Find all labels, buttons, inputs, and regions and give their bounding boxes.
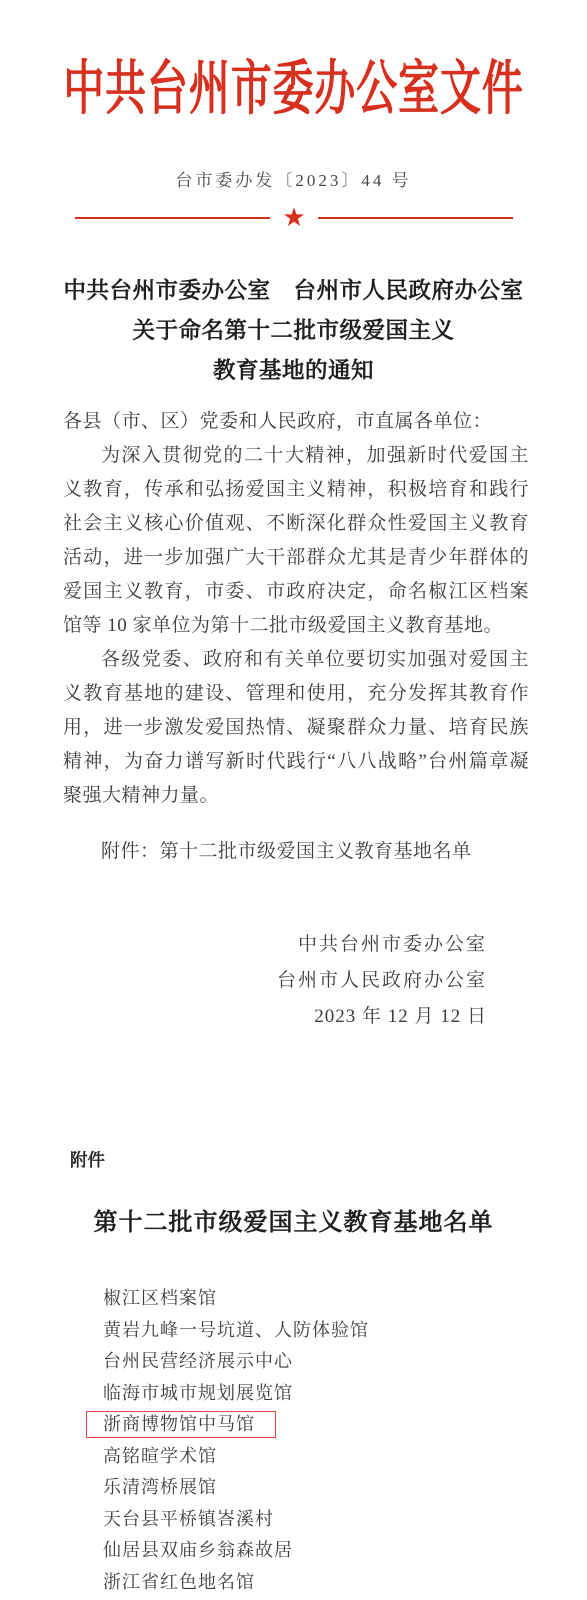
base-name: 黄岩九峰一号坑道、人防体验馆: [103, 1315, 369, 1347]
appendix-label: 附件: [70, 1147, 587, 1172]
base-name: 天台县平桥镇峇溪村: [103, 1504, 274, 1536]
signature-date: 2023 年 12 月 12 日: [0, 999, 487, 1035]
list-item: 浙江省红色地名馆: [103, 1567, 587, 1599]
base-name: 临海市城市规划展览馆: [103, 1378, 293, 1410]
document-number: 台市委办发〔2023〕44 号: [0, 166, 587, 191]
list-item: 乐清湾桥展馆: [103, 1472, 587, 1504]
document-page: 中共台州市委办公室文件 台市委办发〔2023〕44 号 ★ 中共台州市委办公室 …: [0, 0, 587, 1600]
list-item: 仙居县双庙乡翁森故居: [103, 1535, 587, 1567]
list-item: 浙商博物馆中马馆: [103, 1409, 587, 1441]
base-name: 椒江区档案馆: [103, 1283, 217, 1315]
document-title-line1: 中共台州市委办公室 台州市人民政府办公室: [0, 271, 587, 311]
list-item: 黄岩九峰一号坑道、人防体验馆: [103, 1315, 587, 1347]
base-name: 乐清湾桥展馆: [103, 1472, 217, 1504]
appendix-list: 椒江区档案馆黄岩九峰一号坑道、人防体验馆台州民营经济展示中心临海市城市规划展览馆…: [103, 1283, 587, 1598]
signature-org-1: 中共台州市委办公室: [0, 927, 487, 963]
red-divider-rule: ★: [75, 205, 513, 231]
rule-left-segment: [75, 217, 270, 220]
list-item: 天台县平桥镇峇溪村: [103, 1504, 587, 1536]
attachment-note: 附件：第十二批市级爱国主义教育基地名单: [63, 835, 529, 869]
rule-right-segment: [318, 217, 513, 220]
appendix-title: 第十二批市级爱国主义教育基地名单: [0, 1202, 587, 1237]
base-name: 台州民营经济展示中心: [103, 1346, 293, 1378]
signature-block: 中共台州市委办公室 台州市人民政府办公室 2023 年 12 月 12 日: [0, 927, 587, 1035]
signature-org-2: 台州市人民政府办公室: [0, 963, 487, 999]
document-title-line2: 关于命名第十二批市级爱国主义: [0, 311, 587, 351]
list-item: 高铭暄学术馆: [103, 1441, 587, 1473]
base-name: 浙江省红色地名馆: [103, 1567, 255, 1599]
document-title-line3: 教育基地的通知: [0, 351, 587, 391]
document-body: 各县（市、区）党委和人民政府，市直属各单位： 为深入贯彻党的二十大精神，加强新时…: [63, 405, 529, 813]
base-name: 高铭暄学术馆: [103, 1441, 217, 1473]
document-title: 中共台州市委办公室 台州市人民政府办公室 关于命名第十二批市级爱国主义 教育基地…: [0, 271, 587, 391]
list-item: 临海市城市规划展览馆: [103, 1378, 587, 1410]
base-name: 仙居县双庙乡翁森故居: [103, 1535, 293, 1567]
base-name-highlighted: 浙商博物馆中马馆: [86, 1411, 276, 1438]
list-item: 椒江区档案馆: [103, 1283, 587, 1315]
document-header-title: 中共台州市委办公室文件: [21, 40, 567, 126]
body-paragraph-1: 为深入贯彻党的二十大精神，加强新时代爱国主义教育，传承和弘扬爱国主义精神，积极培…: [63, 439, 529, 643]
list-item: 台州民营经济展示中心: [103, 1346, 587, 1378]
salutation: 各县（市、区）党委和人民政府，市直属各单位：: [63, 405, 529, 439]
star-icon: ★: [282, 205, 305, 231]
body-paragraph-2: 各级党委、政府和有关单位要切实加强对爱国主义教育基地的建设、管理和使用，充分发挥…: [63, 643, 529, 813]
